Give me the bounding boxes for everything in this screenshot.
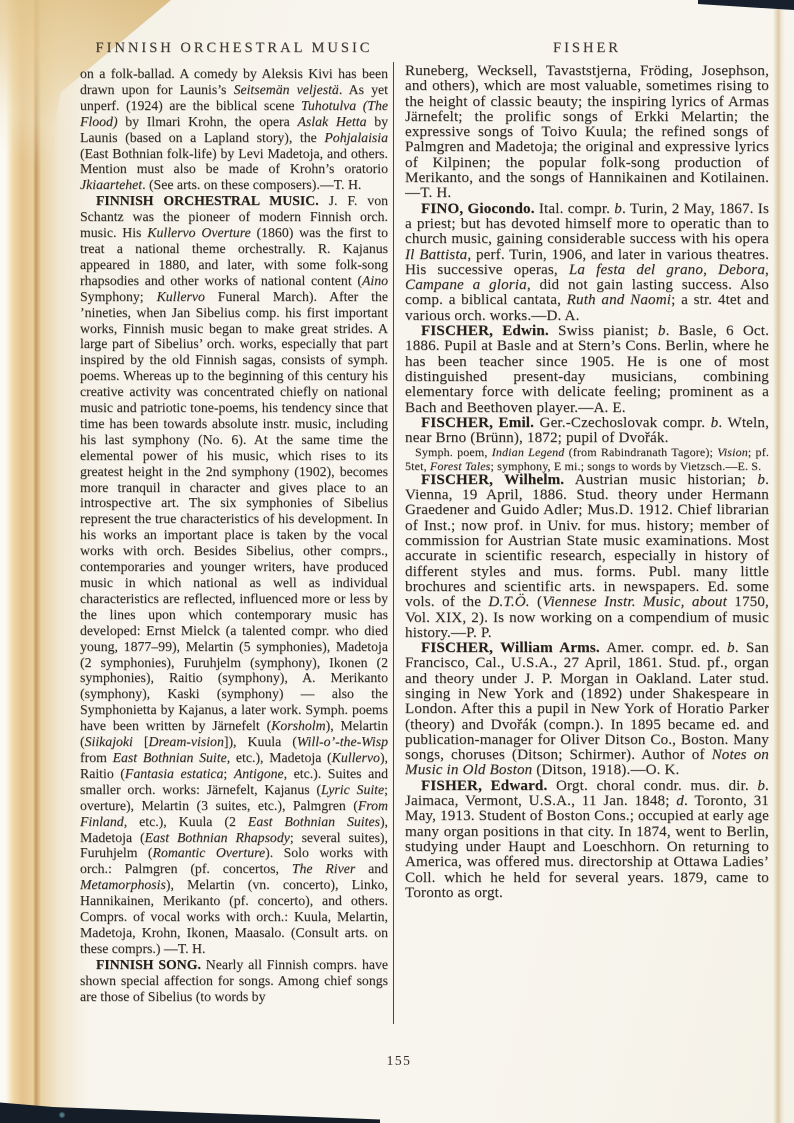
text-segment: FISCHER, William Arms.	[421, 640, 600, 656]
paragraph: FINO, Giocondo. Ital. compr. b. Turin, 2…	[405, 202, 769, 324]
text-segment: Ital. compr.	[535, 201, 615, 217]
text-segment: Kullervo	[332, 750, 380, 765]
text-segment: Kullervo	[157, 289, 205, 304]
text-segment: Ruth and Naomi	[567, 292, 671, 308]
text-segment: FISCHER, Emil.	[421, 415, 534, 431]
text-segment: Vision	[717, 445, 748, 459]
text-segment: ;	[223, 766, 233, 781]
scanned-book-photo: FINNISH ORCHESTRAL MUSIC FISHER on a fol…	[0, 0, 794, 1123]
text-segment: East Bothnian Suite	[113, 750, 227, 765]
text-segment: FISCHER, Edwin.	[421, 323, 549, 339]
text-segment: La festa del grano	[569, 262, 703, 278]
text-segment: Aino	[362, 273, 388, 288]
text-segment: and	[355, 861, 388, 876]
text-segment: Seitsemän veljestä	[234, 82, 339, 97]
paragraph: FISCHER, William Arms. Amer. compr. ed. …	[405, 641, 769, 779]
running-head-left: FINNISH ORCHESTRAL MUSIC	[84, 40, 384, 57]
text-segment: Will-o’-the-Wisp	[297, 734, 388, 749]
text-segment: FINNISH ORCHESTRAL MUSIC.	[96, 193, 319, 208]
paragraph: on a folk-ballad. A comedy by Aleksis Ki…	[80, 66, 388, 193]
paragraph: FINNISH ORCHESTRAL MUSIC. J. F. von Scha…	[80, 193, 388, 957]
text-segment: FINNISH SONG.	[96, 957, 201, 972]
text-segment: b	[614, 201, 622, 217]
paragraph: FISHER, Edward. Orgt. choral condr. mus.…	[405, 779, 769, 901]
text-segment: Symphony;	[80, 289, 157, 304]
text-segment: , etc.), Kuula (2	[124, 814, 248, 829]
text-segment: Ger.-Czechoslovak compr.	[534, 415, 711, 431]
text-segment: (East Bothnian folk-life) by Levi Madeto…	[80, 146, 388, 177]
text-segment: Antigone	[234, 766, 284, 781]
column-divider-rule	[393, 62, 394, 1024]
text-segment: Jkiaartehet	[80, 177, 142, 192]
text-segment: by Ilmari Krohn, the opera	[118, 114, 298, 129]
text-segment: ]), Kuula (	[224, 734, 297, 749]
text-segment: Austrian music historian;	[564, 472, 757, 488]
text-segment: East Bothnian Rhapsody	[145, 830, 290, 845]
text-segment: Korsholm	[271, 718, 325, 733]
text-segment: Siikajoki	[85, 734, 133, 749]
text-segment: Forest Tales	[430, 459, 491, 473]
text-segment: Indian Legend	[492, 445, 565, 459]
text-segment: Funeral March). After the ’nineties, whe…	[80, 289, 388, 733]
text-segment: FINO, Giocondo.	[421, 201, 535, 217]
text-segment: (Ditson, 1918).—O. K.	[532, 762, 679, 778]
text-segment: . Vienna, 19 April, 1886. Stud. theory u…	[405, 472, 769, 610]
text-segment: Lyric Suite	[321, 782, 384, 797]
text-segment: Symph. poem,	[415, 445, 492, 459]
text-segment: b	[727, 640, 735, 656]
text-segment: Pohjalaisia	[324, 130, 388, 145]
text-segment: b	[658, 323, 666, 339]
book-page: FINNISH ORCHESTRAL MUSIC FISHER on a fol…	[0, 0, 794, 1123]
text-segment: East Bothnian Suites	[248, 814, 380, 829]
text-segment: ,	[703, 262, 718, 278]
text-segment: Viennese Instr. Music, about	[542, 594, 727, 610]
paragraph: Runeberg, Wecksell, Tavaststjerna, Frödi…	[405, 64, 769, 202]
text-segment: ; symphony, E mi.; songs to words by Vie…	[491, 459, 762, 473]
page-number: 155	[359, 1053, 439, 1069]
text-segment: Swiss pianist;	[549, 323, 658, 339]
text-segment: Il Battista	[405, 247, 467, 263]
text-segment: [	[133, 734, 149, 749]
column-right: Runeberg, Wecksell, Tavaststjerna, Frödi…	[405, 64, 769, 1058]
text-segment: . San Francisco, Cal., U.S.A., 27 April,…	[405, 640, 769, 763]
text-segment: from	[80, 750, 113, 765]
text-segment: Amer. compr. ed.	[600, 640, 727, 656]
text-segment: . (See arts. on these composers).—T. H.	[142, 177, 361, 192]
text-segment: (from Rabindranath Tagore);	[564, 445, 717, 459]
page-edge-right	[773, 0, 785, 1123]
text-segment: ,	[765, 262, 769, 278]
text-segment: Orgt. choral condr. mus. dir.	[547, 778, 757, 794]
text-segment: FISCHER, Wilhelm.	[421, 472, 564, 488]
text-segment: FISHER, Edward.	[421, 778, 547, 794]
text-segment: Fantasia estatica	[125, 766, 224, 781]
paragraph: FISCHER, Edwin. Swiss pianist; b. Basle,…	[405, 324, 769, 416]
text-segment: Debora	[718, 262, 765, 278]
paragraph: FISCHER, Wilhelm. Austrian music histori…	[405, 473, 769, 641]
running-head-right: FISHER	[405, 40, 769, 57]
text-segment: Dream-vision	[148, 734, 223, 749]
paragraph: Symph. poem, Indian Legend (from Rabindr…	[405, 446, 769, 472]
text-segment: d	[676, 793, 684, 809]
backdrop-notch-top-right	[698, 0, 794, 10]
text-segment: Kullervo Overture	[147, 225, 250, 240]
text-segment: . Toronto, 31 May, 1913. Student of Bost…	[405, 793, 769, 901]
paragraph: FINNISH SONG. Nearly all Finnish comprs.…	[80, 957, 388, 1005]
text-segment: The River	[292, 861, 355, 876]
text-segment: b	[757, 472, 765, 488]
text-segment: Runeberg, Wecksell, Tavaststjerna, Frödi…	[405, 64, 769, 201]
text-segment: D.T.Ö.	[488, 594, 529, 610]
text-segment: b	[757, 778, 765, 794]
column-left: on a folk-ballad. A comedy by Aleksis Ki…	[80, 66, 388, 1042]
text-segment: Metamorphosis	[80, 877, 166, 892]
text-segment: Campane a gloria	[405, 277, 527, 293]
paragraph: FISCHER, Emil. Ger.-Czechoslovak compr. …	[405, 416, 769, 447]
text-segment: , etc.), Madetoja (	[227, 750, 332, 765]
text-segment: Aslak Hetta	[297, 114, 366, 129]
text-segment: (	[530, 594, 543, 610]
text-segment: Romantic Overture	[153, 845, 266, 860]
